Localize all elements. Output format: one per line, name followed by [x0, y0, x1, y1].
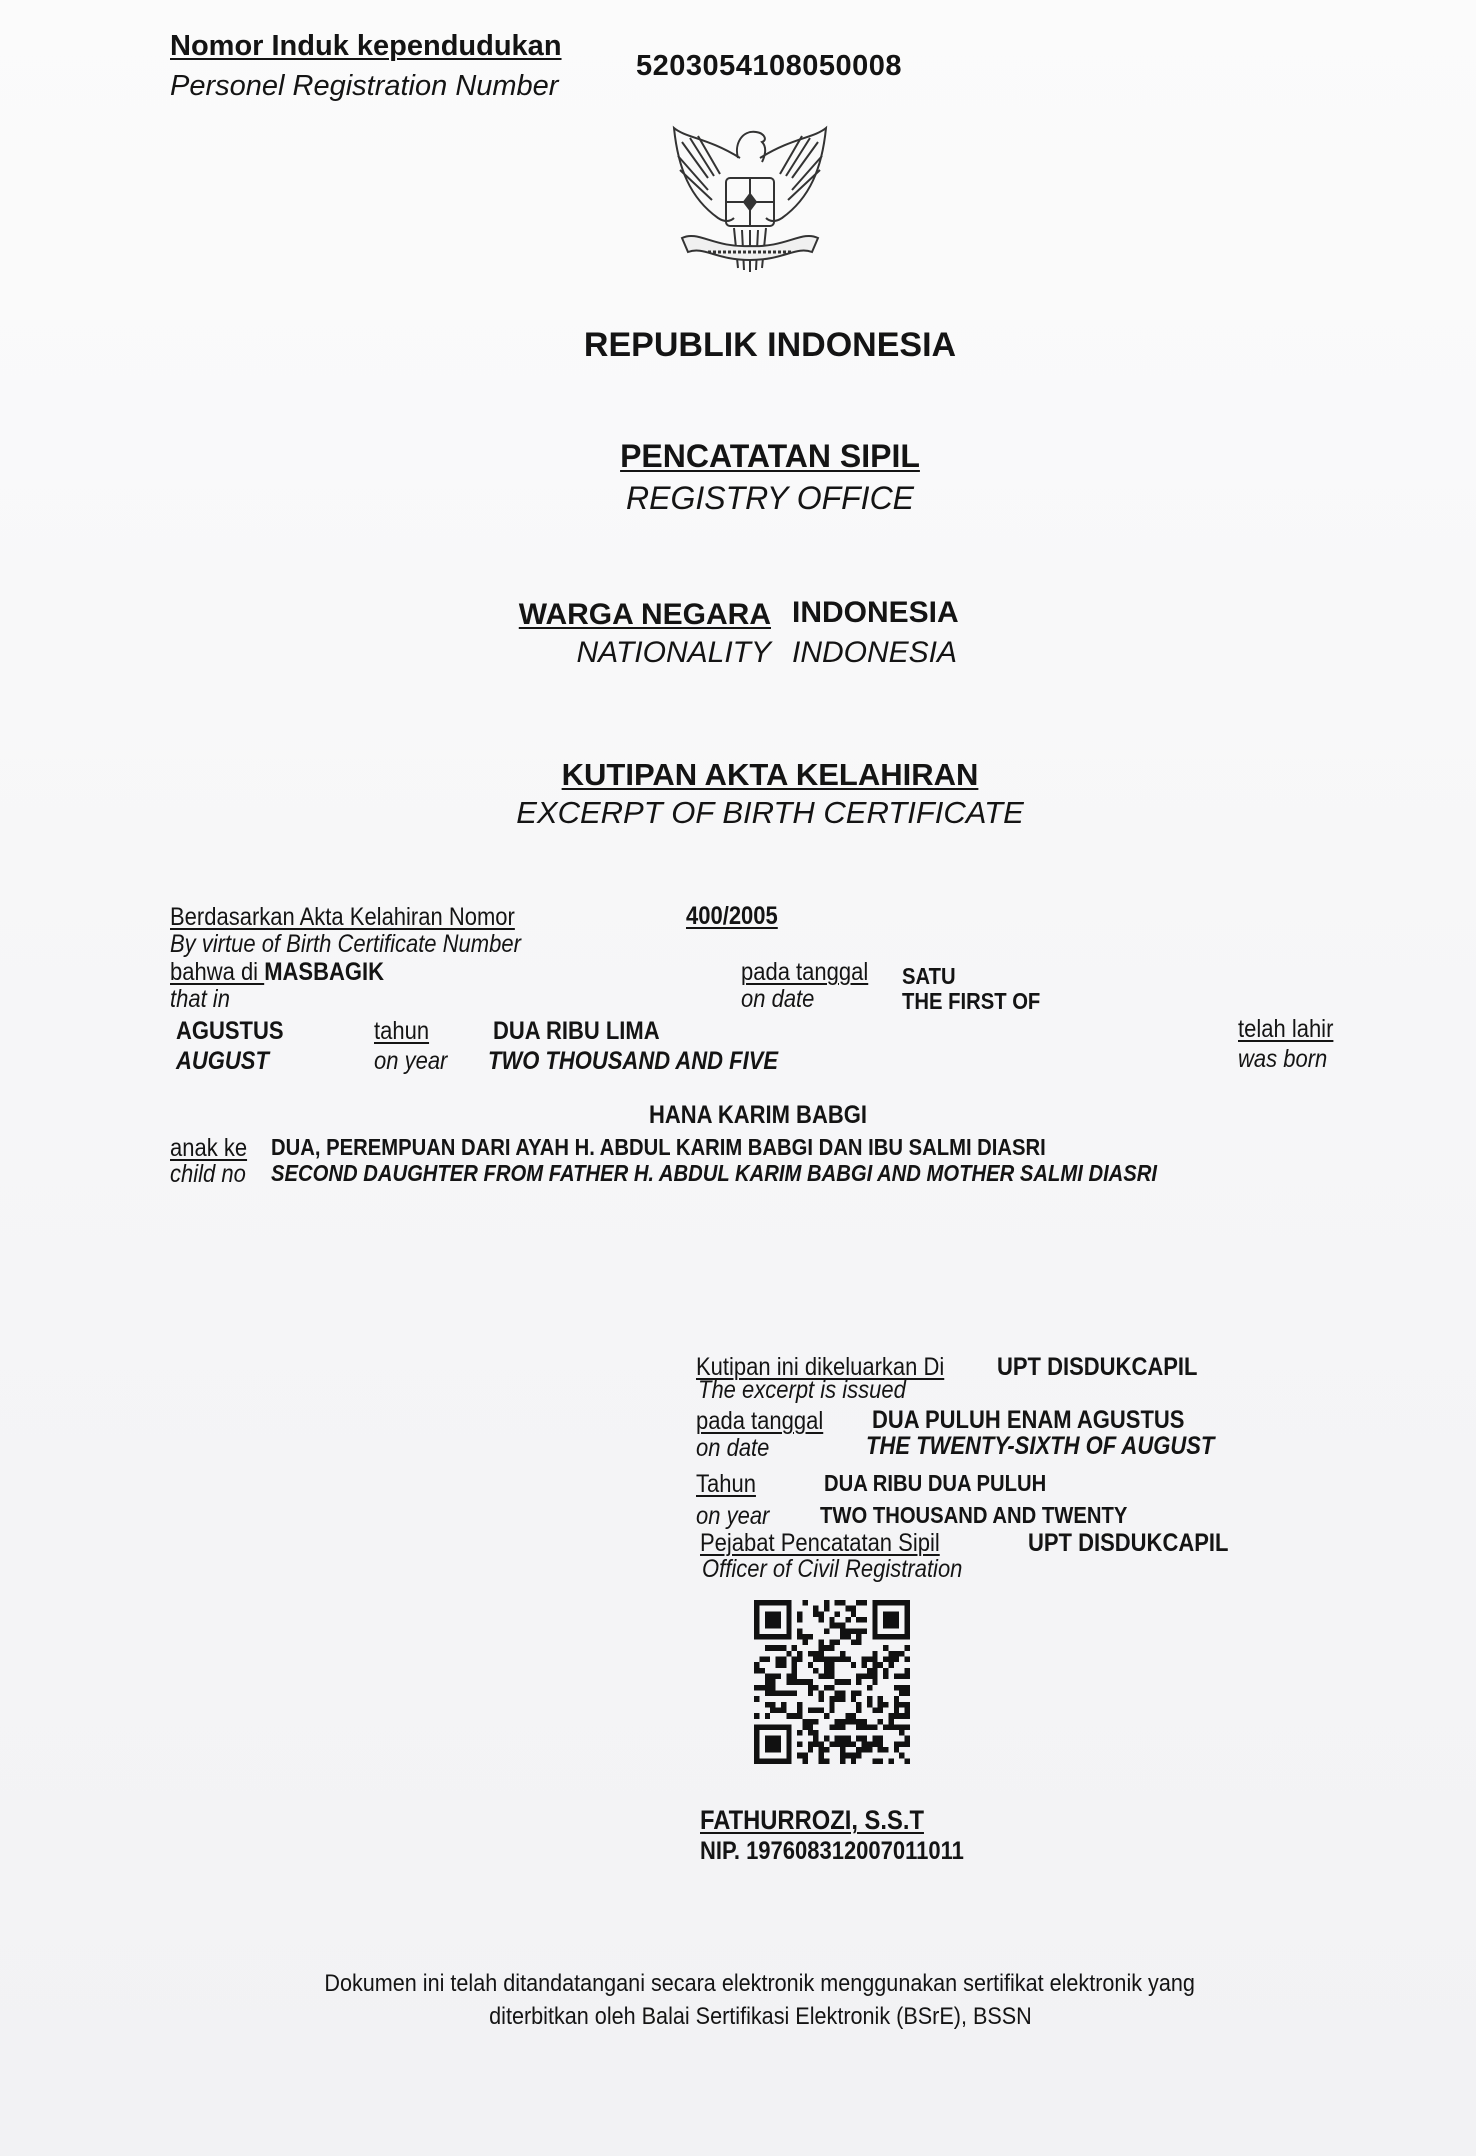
birth-place-row: bahwa di MASBAGIK: [170, 958, 384, 987]
child-order-label: anak ke: [170, 1134, 247, 1163]
birth-date-label: pada tanggal: [741, 958, 868, 987]
nationality-value-en: INDONESIA: [792, 636, 957, 670]
qr-code-icon: [754, 1600, 910, 1764]
issue-date-label-en: on date: [696, 1434, 769, 1463]
office-title: PENCATATAN SIPIL: [0, 438, 1476, 475]
birth-month-en: AUGUST: [176, 1047, 269, 1076]
signer-nip: NIP. 197608312007011011: [700, 1837, 964, 1866]
document-title: KUTIPAN AKTA KELAHIRAN: [0, 757, 1476, 793]
nationality-label-en: NATIONALITY: [577, 636, 771, 670]
nationality-value: INDONESIA: [792, 596, 959, 630]
birth-year-label: tahun: [374, 1017, 429, 1046]
issue-year-value-en: TWO THOUSAND AND TWENTY: [820, 1502, 1127, 1529]
nik-value: 5203054108050008: [636, 50, 902, 83]
child-description: DUA, PEREMPUAN DARI AYAH H. ABDUL KARIM …: [271, 1134, 1046, 1161]
birth-certificate-page: Nomor Induk kependudukan Personel Regist…: [0, 0, 1476, 2156]
office-title-en: REGISTRY OFFICE: [0, 480, 1476, 517]
birth-place-value: MASBAGIK: [264, 958, 384, 986]
birth-year-en: TWO THOUSAND AND FIVE: [488, 1047, 778, 1076]
cert-number-value: 400/2005: [686, 902, 778, 931]
birth-day: SATU: [902, 963, 956, 990]
e-signature-note-line2: diterbitkan oleh Balai Sertifikasi Elekt…: [0, 2003, 1476, 2031]
e-signature-note-text1: Dokumen ini telah ditandatangani secara …: [325, 1970, 1196, 1998]
issue-date-label: pada tanggal: [696, 1407, 823, 1436]
issued-at-label-en: The excerpt is issued: [698, 1376, 906, 1405]
issue-date-value-en: THE TWENTY-SIXTH OF AUGUST: [866, 1432, 1214, 1461]
nik-label-en: Personel Registration Number: [170, 70, 558, 103]
officer-unit: UPT DISDUKCAPIL: [1028, 1529, 1228, 1558]
issue-year-label: Tahun: [696, 1470, 756, 1499]
nik-label: Nomor Induk kependudukan: [170, 30, 562, 63]
birth-year-label-en: on year: [374, 1047, 447, 1076]
child-name: HANA KARIM BABGI: [649, 1101, 867, 1130]
e-signature-note-text2: diterbitkan oleh Balai Sertifikasi Elekt…: [489, 2003, 1032, 2031]
birth-place-label: bahwa di: [170, 958, 264, 986]
e-signature-note-line1: Dokumen ini telah ditandatangani secara …: [0, 1970, 1476, 1998]
signer-name: FATHURROZI, S.S.T: [700, 1805, 924, 1836]
issued-at-value: UPT DISDUKCAPIL: [997, 1353, 1197, 1382]
officer-label-en: Officer of Civil Registration: [702, 1555, 962, 1584]
document-title-en: EXCERPT OF BIRTH CERTIFICATE: [0, 795, 1476, 831]
nationality-label: WARGA NEGARA: [519, 598, 771, 632]
birth-date-label-en: on date: [741, 985, 814, 1014]
born-label: telah lahir: [1238, 1015, 1333, 1044]
child-order-label-en: child no: [170, 1160, 246, 1189]
birth-place-label-en: that in: [170, 985, 230, 1014]
birth-day-en: THE FIRST OF: [902, 988, 1040, 1015]
issue-date-value: DUA PULUH ENAM AGUSTUS: [872, 1406, 1184, 1435]
garuda-emblem-icon: [668, 118, 832, 280]
birth-month: AGUSTUS: [176, 1017, 284, 1046]
officer-label: Pejabat Pencatatan Sipil: [700, 1529, 940, 1558]
country-title: REPUBLIK INDONESIA: [0, 326, 1476, 365]
issue-year-label-en: on year: [696, 1502, 769, 1531]
cert-number-label-en: By virtue of Birth Certificate Number: [170, 930, 521, 959]
birth-year: DUA RIBU LIMA: [493, 1017, 660, 1046]
cert-number-label: Berdasarkan Akta Kelahiran Nomor: [170, 903, 515, 932]
born-label-en: was born: [1238, 1045, 1327, 1074]
child-description-en: SECOND DAUGHTER FROM FATHER H. ABDUL KAR…: [271, 1160, 1157, 1187]
issue-year-value: DUA RIBU DUA PULUH: [824, 1470, 1046, 1497]
